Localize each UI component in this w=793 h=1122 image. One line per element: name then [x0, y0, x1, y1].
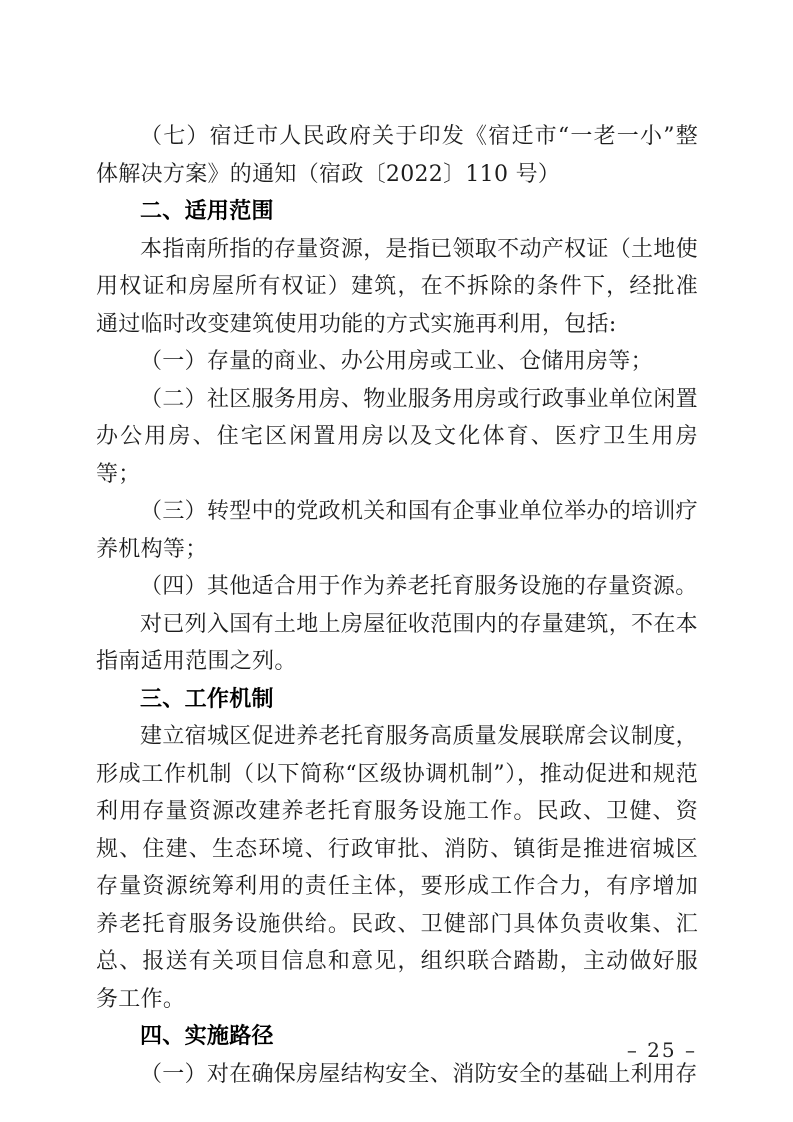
section-heading: 四、实施路径 — [96, 1018, 698, 1056]
paragraph: （一）存量的商业、办公用房或工业、仓储用房等； — [96, 343, 698, 381]
paragraph: （二）社区服务用房、物业服务用房或行政事业单位闲置办公用房、住宅区闲置用房以及文… — [96, 381, 698, 494]
paragraph: （七）宿迁市人民政府关于印发《宿迁市“一老一小”整体解决方案》的通知（宿政〔20… — [96, 118, 698, 193]
document-body: （七）宿迁市人民政府关于印发《宿迁市“一老一小”整体解决方案》的通知（宿政〔20… — [96, 118, 698, 1093]
paragraph: 本指南所指的存量资源，是指已领取不动产权证（土地使用权证和房屋所有权证）建筑，在… — [96, 231, 698, 344]
section-heading: 三、工作机制 — [96, 681, 698, 719]
paragraph: （一）对在确保房屋结构安全、消防安全的基础上利用存 — [96, 1056, 698, 1094]
section-heading: 二、适用范围 — [96, 193, 698, 231]
paragraph: 对已列入国有土地上房屋征收范围内的存量建筑，不在本指南适用范围之列。 — [96, 606, 698, 681]
page-number: – 25 – — [627, 1038, 697, 1062]
paragraph: 建立宿城区促进养老托育服务高质量发展联席会议制度，形成工作机制（以下简称“区级协… — [96, 718, 698, 1018]
paragraph: （三）转型中的党政机关和国有企事业单位举办的培训疗养机构等； — [96, 493, 698, 568]
document-page: （七）宿迁市人民政府关于印发《宿迁市“一老一小”整体解决方案》的通知（宿政〔20… — [0, 0, 793, 1122]
paragraph: （四）其他适合用于作为养老托育服务设施的存量资源。 — [96, 568, 698, 606]
